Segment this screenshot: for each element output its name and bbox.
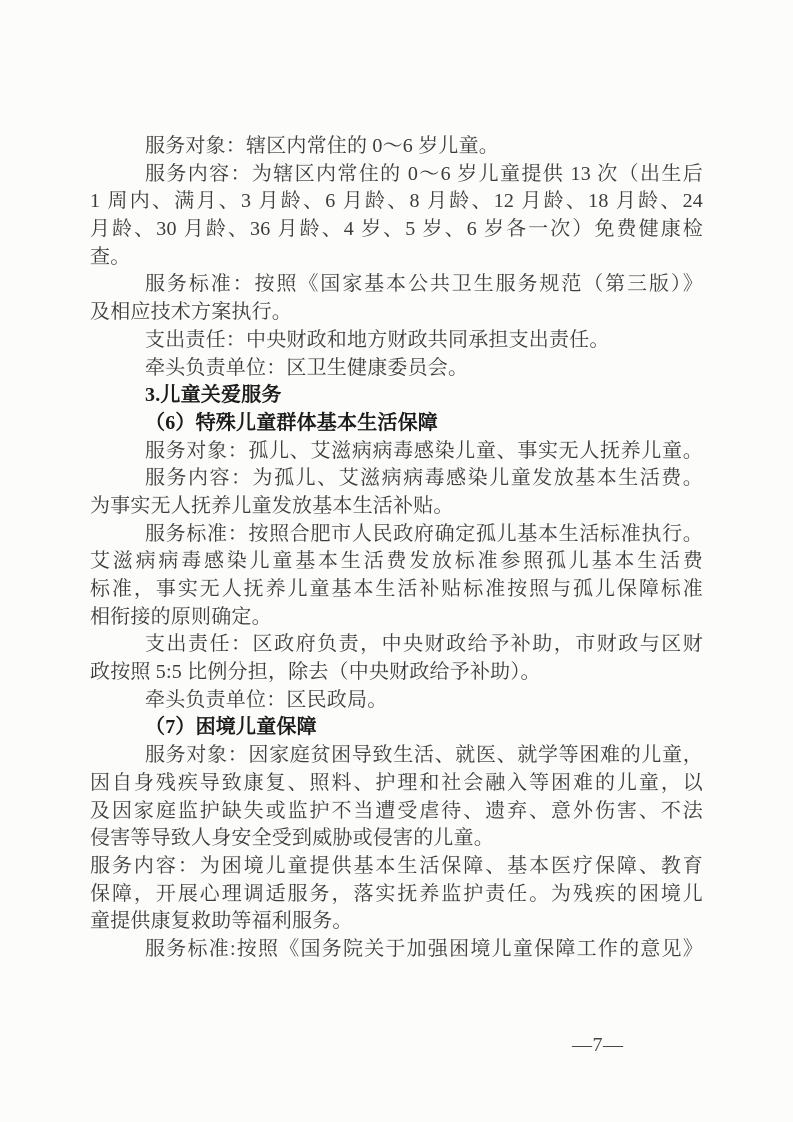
doc-line: 为事实无人抚养儿童发放基本生活补贴。 xyxy=(90,493,703,521)
body-paragraph: 服务内容：为孤儿、艾滋病病毒感染儿童发放基本生活费。为事实无人抚养儿童发放基本生… xyxy=(90,465,703,520)
document-page: 服务对象：辖区内常住的 0～6 岁儿童。服务内容：为辖区内常住的 0～6 岁儿童… xyxy=(0,0,793,1122)
doc-line: 艾滋病病毒感染儿童基本生活费发放标准参照孤儿基本生活费 xyxy=(90,548,703,576)
body-paragraph: 服务内容：为辖区内常住的 0～6 岁儿童提供 13 次（出生后1 周内、满月、3… xyxy=(90,161,703,272)
body-paragraph: 服务对象：辖区内常住的 0～6 岁儿童。 xyxy=(90,133,703,161)
body-paragraph: 服务标准：按照合肥市人民政府确定孤儿基本生活标准执行。艾滋病病毒感染儿童基本生活… xyxy=(90,521,703,632)
body-paragraph: 牵头负责单位：区卫生健康委员会。 xyxy=(90,355,703,383)
doc-line: 服务标准：按照《国家基本公共卫生服务规范（第三版）》 xyxy=(90,271,703,299)
heading-paragraph: 3.儿童关爱服务 xyxy=(90,382,703,410)
doc-line: 服务对象：因家庭贫困导致生活、就医、就学等困难的儿童， xyxy=(90,742,703,770)
doc-line: 因自身残疾导致康复、照料、护理和社会融入等困难的儿童，以 xyxy=(90,770,703,798)
doc-line: （6）特殊儿童群体基本生活保障 xyxy=(90,410,703,438)
heading-paragraph: （6）特殊儿童群体基本生活保障 xyxy=(90,410,703,438)
doc-line: 月龄、30 月龄、36 月龄、4 岁、5 岁、6 岁各一次）免费健康检 xyxy=(90,216,703,244)
doc-line: （7）困境儿童保障 xyxy=(90,714,703,742)
page-number: —7— xyxy=(572,1032,624,1059)
body-paragraph: 服务内容：为困境儿童提供基本生活保障、基本医疗保障、教育保障，开展心理调适服务，… xyxy=(90,853,703,936)
doc-line: 侵害等导致人身安全受到威胁或侵害的儿童。 xyxy=(90,825,703,853)
heading-paragraph: （7）困境儿童保障 xyxy=(90,714,703,742)
doc-line: 牵头负责单位：区民政局。 xyxy=(90,687,703,715)
doc-line: 服务内容：为孤儿、艾滋病病毒感染儿童发放基本生活费。 xyxy=(90,465,703,493)
doc-line: 支出责任：中央财政和地方财政共同承担支出责任。 xyxy=(90,327,703,355)
doc-line: 及因家庭监护缺失或监护不当遭受虐待、遗弃、意外伤害、不法 xyxy=(90,798,703,826)
doc-line: 服务对象：孤儿、艾滋病病毒感染儿童、事实无人抚养儿童。 xyxy=(90,438,703,466)
document-body: 服务对象：辖区内常住的 0～6 岁儿童。服务内容：为辖区内常住的 0～6 岁儿童… xyxy=(90,133,703,964)
body-paragraph: 牵头负责单位：区民政局。 xyxy=(90,687,703,715)
body-paragraph: 服务标准：按照《国家基本公共卫生服务规范（第三版）》及相应技术方案执行。 xyxy=(90,271,703,326)
doc-line: 服务对象：辖区内常住的 0～6 岁儿童。 xyxy=(90,133,703,161)
doc-line: 服务标准:按照《国务院关于加强困境儿童保障工作的意见》 xyxy=(90,936,703,964)
doc-line: 服务内容：为辖区内常住的 0～6 岁儿童提供 13 次（出生后 xyxy=(90,161,703,189)
body-paragraph: 支出责任：区政府负责，中央财政给予补助，市财政与区财政按照 5:5 比例分担，除… xyxy=(90,631,703,686)
doc-line: 1 周内、满月、3 月龄、6 月龄、8 月龄、12 月龄、18 月龄、24 xyxy=(90,188,703,216)
doc-line: 标准，事实无人抚养儿童基本生活补贴标准按照与孤儿保障标准 xyxy=(90,576,703,604)
doc-line: 政按照 5:5 比例分担，除去（中央财政给予补助）。 xyxy=(90,659,703,687)
doc-line: 相衔接的原则确定。 xyxy=(90,604,703,632)
doc-line: 牵头负责单位：区卫生健康委员会。 xyxy=(90,355,703,383)
doc-line: 服务内容：为困境儿童提供基本生活保障、基本医疗保障、教育 xyxy=(90,853,703,881)
doc-line: 服务标准：按照合肥市人民政府确定孤儿基本生活标准执行。 xyxy=(90,521,703,549)
doc-line: 及相应技术方案执行。 xyxy=(90,299,703,327)
doc-line: 保障，开展心理调适服务，落实抚养监护责任。为残疾的困境儿 xyxy=(90,881,703,909)
body-paragraph: 服务对象：孤儿、艾滋病病毒感染儿童、事实无人抚养儿童。 xyxy=(90,438,703,466)
doc-line: 查。 xyxy=(90,244,703,272)
body-paragraph: 服务对象：因家庭贫困导致生活、就医、就学等困难的儿童，因自身残疾导致康复、照料、… xyxy=(90,742,703,853)
doc-line: 支出责任：区政府负责，中央财政给予补助，市财政与区财 xyxy=(90,631,703,659)
doc-line: 3.儿童关爱服务 xyxy=(90,382,703,410)
body-paragraph: 服务标准:按照《国务院关于加强困境儿童保障工作的意见》 xyxy=(90,936,703,964)
body-paragraph: 支出责任：中央财政和地方财政共同承担支出责任。 xyxy=(90,327,703,355)
doc-line: 童提供康复救助等福利服务。 xyxy=(90,908,703,936)
